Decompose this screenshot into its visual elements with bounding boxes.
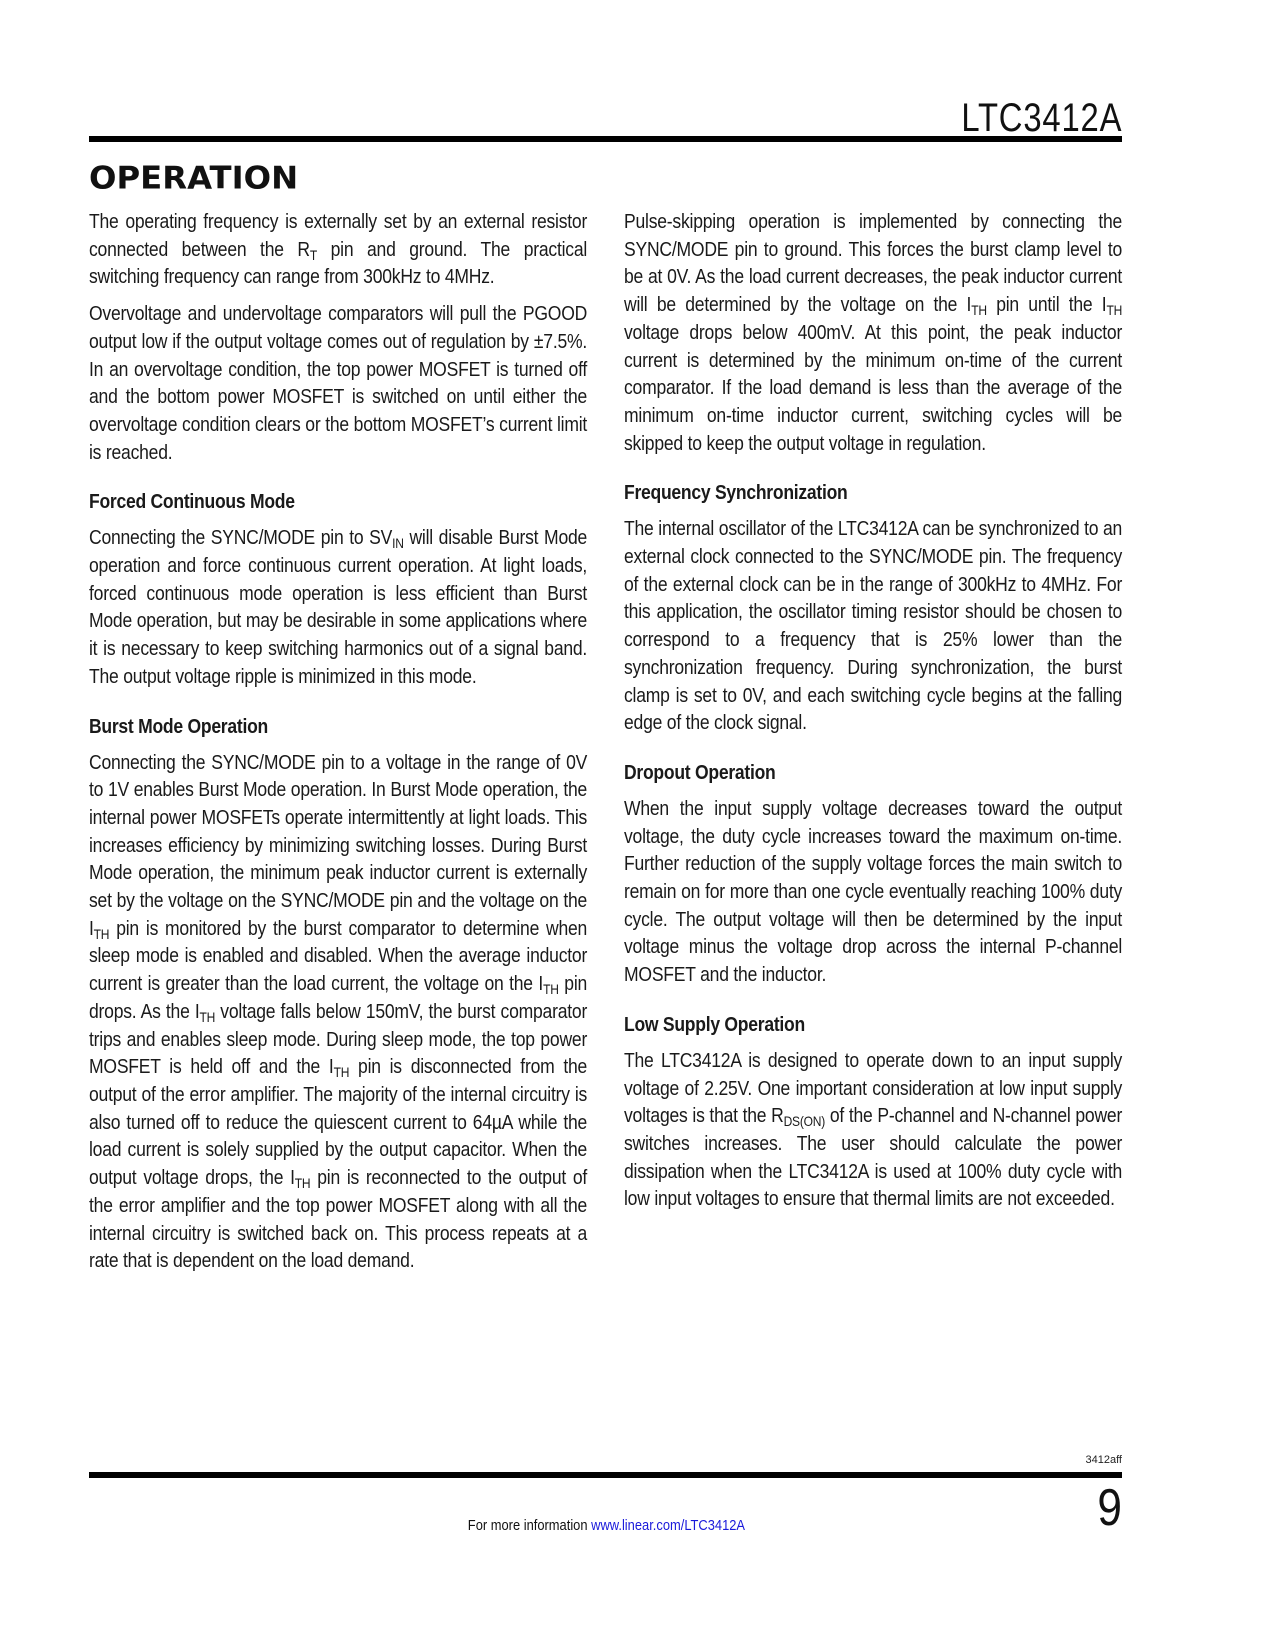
heading-low-supply-operation: Low Supply Operation [624,1012,1122,1038]
document-code: 3412aff [1085,1454,1122,1466]
paragraph-frequency-sync: The internal oscillator of the LTC3412A … [624,516,1122,738]
header-rule [89,136,1122,142]
text-run: Connecting the SYNC/MODE pin to a voltag… [89,752,587,940]
paragraph-forced-continuous: Connecting the SYNC/MODE pin to SVIN wil… [89,525,587,691]
right-column: Pulse-skipping operation is implemented … [624,209,1122,1223]
left-column: The operating frequency is externally se… [89,209,587,1285]
subscript: TH [971,302,987,318]
paragraph-dropout: When the input supply voltage decreases … [624,796,1122,990]
subscript: TH [334,1064,350,1080]
text-run: will disable Burst Mode operation and fo… [89,527,587,688]
heading-frequency-synchronization: Frequency Synchronization [624,480,1122,506]
subscript: TH [199,1009,215,1025]
paragraph-operating-frequency: The operating frequency is externally se… [89,209,587,292]
heading-burst-mode-operation: Burst Mode Operation [89,714,587,740]
subscript: TH [94,926,110,942]
paragraph-pulse-skipping: Pulse-skipping operation is implemented … [624,209,1122,458]
paragraph-overvoltage: Overvoltage and undervoltage comparators… [89,301,587,467]
text-run: Overvoltage and undervoltage comparators… [89,301,587,467]
footer-info-text: For more information [468,1517,591,1534]
heading-text: Frequency Synchronization [624,480,1122,506]
subscript: DS(ON) [784,1113,826,1129]
heading-text: Burst Mode Operation [89,714,587,740]
heading-text: Dropout Operation [624,760,1122,786]
part-number: LTC3412A [961,96,1122,141]
heading-forced-continuous-mode: Forced Continuous Mode [89,489,587,515]
text-run: pin is monitored by the burst comparator… [89,918,587,995]
paragraph-low-supply: The LTC3412A is designed to operate down… [624,1048,1122,1214]
paragraph-burst-mode: Connecting the SYNC/MODE pin to a voltag… [89,750,587,1276]
section-title: OPERATION [89,160,298,197]
footer-link[interactable]: www.linear.com/LTC3412A [591,1517,745,1534]
text-run: Connecting the SYNC/MODE pin to SV [89,527,392,549]
text-run: pin until the I [987,294,1107,316]
footer-info: For more information www.linear.com/LTC3… [85,1517,1128,1534]
subscript: TH [1106,302,1122,318]
heading-text: Forced Continuous Mode [89,489,587,515]
subscript: TH [543,981,559,997]
heading-dropout-operation: Dropout Operation [624,760,1122,786]
text-run: When the input supply voltage decreases … [624,796,1122,990]
text-run: voltage drops below 400mV. At this point… [624,322,1122,455]
heading-text: Low Supply Operation [624,1012,1122,1038]
subscript: TH [295,1175,311,1191]
subscript: IN [392,535,404,551]
text-run: The internal oscillator of the LTC3412A … [624,516,1122,738]
footer-rule [89,1472,1122,1478]
